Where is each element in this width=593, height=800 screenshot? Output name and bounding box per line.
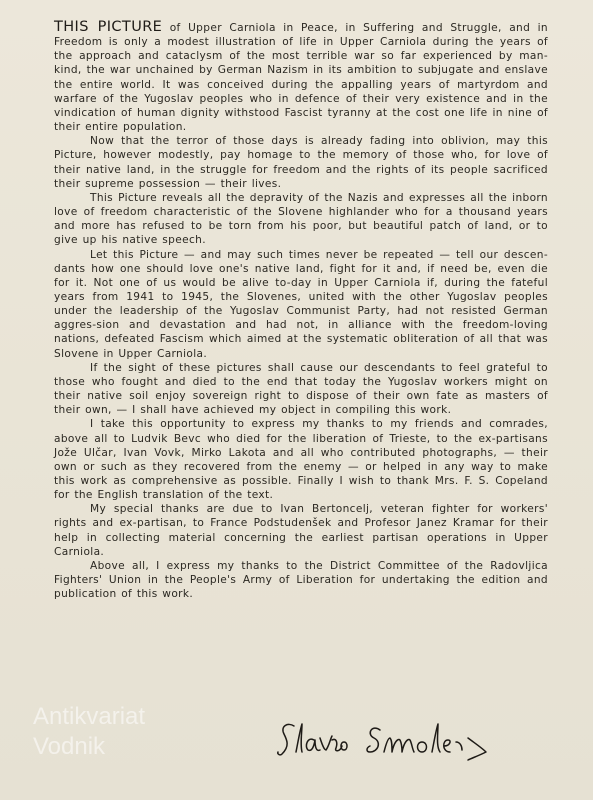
paragraph-1-text: of Upper Carniola in Peace, in Suffering… bbox=[54, 22, 548, 133]
paragraph-2: Now that the terror of those days is alr… bbox=[54, 134, 548, 191]
paragraph-5: If the sight of these pictures shall cau… bbox=[54, 361, 548, 418]
paragraph-8: Above all, I express my thanks to the Di… bbox=[54, 559, 548, 601]
document-page: THIS PICTURE of Upper Carniola in Peace,… bbox=[0, 0, 593, 800]
watermark: Antikvariat Vodnik bbox=[33, 702, 145, 762]
watermark-line-1: Antikvariat bbox=[33, 702, 145, 732]
handwritten-signature bbox=[272, 712, 542, 767]
paragraph-3: This Picture reveals all the depravity o… bbox=[54, 191, 548, 248]
paragraph-6: I take this opportunity to express my th… bbox=[54, 417, 548, 502]
paragraph-1: THIS PICTURE of Upper Carniola in Peace,… bbox=[54, 20, 548, 134]
paragraph-4: Let this Picture — and may such times ne… bbox=[54, 248, 548, 361]
watermark-line-2: Vodnik bbox=[33, 732, 145, 762]
lead-heading: THIS PICTURE bbox=[54, 19, 162, 35]
paragraph-7: My special thanks are due to Ivan Berton… bbox=[54, 502, 548, 559]
document-body: THIS PICTURE of Upper Carniola in Peace,… bbox=[54, 20, 548, 601]
